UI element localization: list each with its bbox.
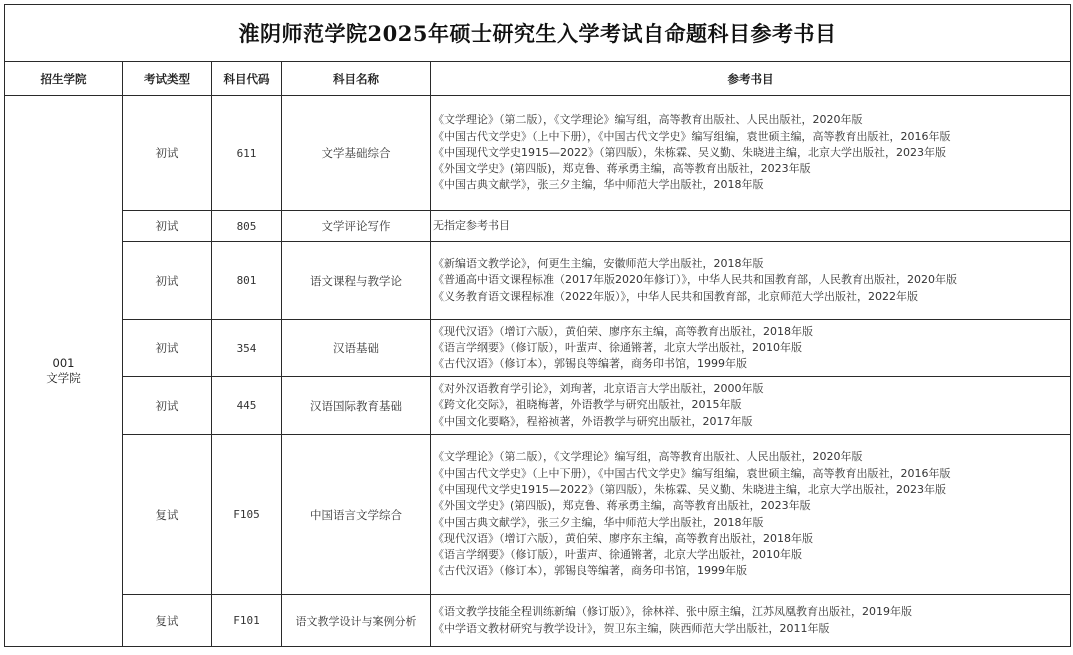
references-cell: 无指定参考书目 (431, 211, 1071, 242)
college-name: 文学院 (5, 371, 122, 386)
reference-item: 《外国文学史》(第四版)，郑克鲁、蒋承勇主编，高等教育出版社，2023年版 (433, 498, 1066, 514)
header-references: 参考书目 (431, 62, 1071, 96)
reference-item: 《中国古代文学史》（上中下册），《中国古代文学史》编写组编，袁世硕主编，高等教育… (433, 466, 1066, 482)
reference-item: 《文学理论》（第二版），《文学理论》编写组，高等教育出版社、人民出版社，2020… (433, 112, 1066, 128)
table-row: 初试 801 语文课程与教学论 《新编语文教学论》，何更生主编，安徽师范大学出版… (5, 242, 1071, 320)
references-cell: 《文学理论》（第二版），《文学理论》编写组，高等教育出版社、人民出版社，2020… (431, 435, 1071, 595)
reference-item: 《中学语文教材研究与教学设计》，贺卫东主编，陕西师范大学出版社，2011年版 (433, 621, 1066, 637)
subject-code-cell: 354 (212, 320, 282, 377)
header-college: 招生学院 (5, 62, 123, 96)
reference-item: 《语言学纲要》（修订版），叶蜚声、徐通锵著，北京大学出版社，2010年版 (433, 547, 1066, 563)
header-exam-type: 考试类型 (123, 62, 212, 96)
exam-type-cell: 初试 (123, 242, 212, 320)
references-cell: 《新编语文教学论》，何更生主编，安徽师范大学出版社，2018年版 《普通高中语文… (431, 242, 1071, 320)
reference-item: 《外国文学史》(第四版)，郑克鲁、蒋承勇主编，高等教育出版社，2023年版 (433, 161, 1066, 177)
subject-code-cell: 445 (212, 377, 282, 435)
reference-item: 《中国古典文献学》，张三夕主编，华中师范大学出版社，2018年版 (433, 515, 1066, 531)
reference-item: 《对外汉语教育学引论》，刘珣著，北京语言大学出版社，2000年版 (433, 381, 1066, 397)
reference-item: 《中国现代文学史1915—2022》（第四版），朱栋霖、吴义勤、朱晓进主编，北京… (433, 482, 1066, 498)
reference-item: 《中国现代文学史1915—2022》（第四版），朱栋霖、吴义勤、朱晓进主编，北京… (433, 145, 1066, 161)
header-subject-name: 科目名称 (282, 62, 431, 96)
reference-books-table: 淮阴师范学院2025年硕士研究生入学考试自命题科目参考书目 招生学院 考试类型 … (4, 4, 1071, 647)
exam-type-cell: 初试 (123, 211, 212, 242)
table-row: 001 文学院 初试 611 文学基础综合 《文学理论》（第二版），《文学理论》… (5, 96, 1071, 211)
references-cell: 《对外汉语教育学引论》，刘珣著，北京语言大学出版社，2000年版 《跨文化交际》… (431, 377, 1071, 435)
table-row: 初试 805 文学评论写作 无指定参考书目 (5, 211, 1071, 242)
reference-item: 《语言学纲要》（修订版），叶蜚声、徐通锵著，北京大学出版社，2010年版 (433, 340, 1066, 356)
exam-type-cell: 复试 (123, 435, 212, 595)
header-subject-code: 科目代码 (212, 62, 282, 96)
subject-code-cell: 801 (212, 242, 282, 320)
subject-name-cell: 文学评论写作 (282, 211, 431, 242)
subject-code-cell: 805 (212, 211, 282, 242)
reference-item: 无指定参考书目 (433, 218, 1066, 234)
reference-item: 《语文教学技能全程训练新编（修订版）》，徐林祥、张中原主编，江苏凤凰教育出版社，… (433, 604, 1066, 620)
reference-item: 《新编语文教学论》，何更生主编，安徽师范大学出版社，2018年版 (433, 256, 1066, 272)
subject-name-cell: 汉语基础 (282, 320, 431, 377)
exam-type-cell: 复试 (123, 595, 212, 647)
subject-code-cell: F101 (212, 595, 282, 647)
college-code: 001 (5, 356, 122, 371)
subject-name-cell: 语文课程与教学论 (282, 242, 431, 320)
references-cell: 《现代汉语》（增订六版），黄伯荣、廖序东主编，高等教育出版社，2018年版 《语… (431, 320, 1071, 377)
subject-name-cell: 中国语言文学综合 (282, 435, 431, 595)
table-row: 初试 445 汉语国际教育基础 《对外汉语教育学引论》，刘珣著，北京语言大学出版… (5, 377, 1071, 435)
subject-name-cell: 汉语国际教育基础 (282, 377, 431, 435)
reference-item: 《中国文化要略》，程裕祯著，外语教学与研究出版社，2017年版 (433, 414, 1066, 430)
reference-item: 《现代汉语》（增订六版），黄伯荣、廖序东主编，高等教育出版社，2018年版 (433, 324, 1066, 340)
reference-item: 《普通高中语文课程标准（2017年版2020年修订）》，中华人民共和国教育部，人… (433, 272, 1066, 288)
references-cell: 《文学理论》（第二版），《文学理论》编写组，高等教育出版社、人民出版社，2020… (431, 96, 1071, 211)
reference-item: 《中国古典文献学》，张三夕主编，华中师范大学出版社，2018年版 (433, 177, 1066, 193)
subject-code-cell: F105 (212, 435, 282, 595)
reference-item: 《义务教育语文课程标准（2022年版）》，中华人民共和国教育部，北京师范大学出版… (433, 289, 1066, 305)
table-row: 初试 354 汉语基础 《现代汉语》（增订六版），黄伯荣、廖序东主编，高等教育出… (5, 320, 1071, 377)
reference-item: 《跨文化交际》，祖晓梅著，外语教学与研究出版社，2015年版 (433, 397, 1066, 413)
reference-item: 《中国古代文学史》（上中下册），《中国古代文学史》编写组编，袁世硕主编，高等教育… (433, 129, 1066, 145)
exam-type-cell: 初试 (123, 377, 212, 435)
table-row: 复试 F101 语文教学设计与案例分析 《语文教学技能全程训练新编（修订版）》，… (5, 595, 1071, 647)
reference-item: 《现代汉语》（增订六版），黄伯荣、廖序东主编，高等教育出版社，2018年版 (433, 531, 1066, 547)
exam-type-cell: 初试 (123, 96, 212, 211)
page-title: 淮阴师范学院2025年硕士研究生入学考试自命题科目参考书目 (5, 5, 1071, 62)
college-cell: 001 文学院 (5, 96, 123, 647)
table-row: 复试 F105 中国语言文学综合 《文学理论》（第二版），《文学理论》编写组，高… (5, 435, 1071, 595)
reference-item: 《古代汉语》（修订本），郭锡良等编著，商务印书馆，1999年版 (433, 356, 1066, 372)
references-cell: 《语文教学技能全程训练新编（修订版）》，徐林祥、张中原主编，江苏凤凰教育出版社，… (431, 595, 1071, 647)
subject-name-cell: 语文教学设计与案例分析 (282, 595, 431, 647)
subject-code-cell: 611 (212, 96, 282, 211)
table-header-row: 招生学院 考试类型 科目代码 科目名称 参考书目 (5, 62, 1071, 96)
reference-item: 《文学理论》（第二版），《文学理论》编写组，高等教育出版社、人民出版社，2020… (433, 449, 1066, 465)
exam-type-cell: 初试 (123, 320, 212, 377)
reference-item: 《古代汉语》（修订本），郭锡良等编著，商务印书馆，1999年版 (433, 563, 1066, 579)
subject-name-cell: 文学基础综合 (282, 96, 431, 211)
